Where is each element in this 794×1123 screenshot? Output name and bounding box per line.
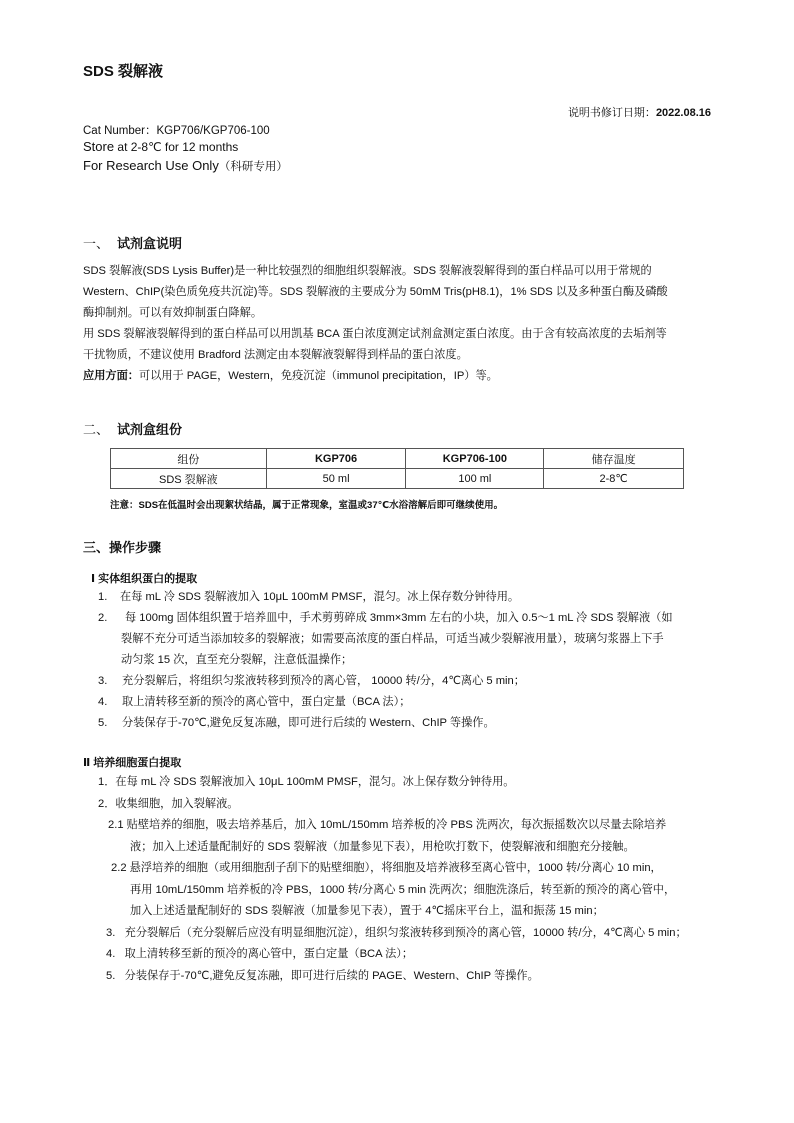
section-2-title: 试剂盒组份 [117,422,182,437]
step-item: 2.每 100mg 固体组织置于培养皿中，手术剪剪碎成 3mm×3mm 左右的小… [98,608,673,671]
section-2-number: 二、 [83,419,117,438]
application-label: 应用方面： [83,370,139,382]
table-header-cell: 组份 [111,449,267,469]
substep-item: 2.2 悬浮培养的细胞（或用细胞刮子刮下的贴壁细胞），将细胞及培养液移至离心管中… [98,858,687,923]
components-table: 组份 KGP706 KGP706-100 储存温度 SDS 裂解液 50 ml … [110,448,684,489]
store-rest: at 2-8℃ for 12 months [114,140,238,154]
paragraph-line: 用 SDS 裂解液裂解得到的蛋白样品可以用凯基 BCA 蛋白浓度测定试剂盒测定蛋… [83,324,668,345]
table-cell: 2-8℃ [544,469,684,489]
step-item: 2．收集细胞，加入裂解液。 [98,794,687,816]
paragraph-line: 干扰物质，不建议使用 Bradford 法测定由本裂解液裂解得到样品的蛋白浓度。 [83,345,668,366]
table-header-cell: KGP706 [266,449,406,469]
note-label: 注意： [110,500,139,511]
ruo-main: For Research Use Only [83,158,219,173]
table-header-row: 组份 KGP706 KGP706-100 储存温度 [111,449,684,469]
revision-date: 说明书修订日期：2022.08.16 [568,104,711,120]
section-1-heading: 一、试剂盒说明 [83,233,182,252]
step-item: 5. 分装保存于-70℃,避免反复冻融，即可进行后续的 PAGE、Western… [98,966,687,988]
table-row: SDS 裂解液 50 ml 100 ml 2-8℃ [111,469,684,489]
step-item: 4.取上清转移至新的预冷的离心管中，蛋白定量（BCA 法）； [98,692,673,713]
store-prefix: Store [83,139,114,154]
step-item: 3.充分裂解后，将组织匀浆液转移到预冷的离心管， 10000 转/分，4℃离心 … [98,671,673,692]
ruo-cn: （科研专用） [219,161,288,173]
section-3-heading: 三、操作步骤 [83,537,161,556]
step-item: 1．在每 mL 冷 SDS 裂解液加入 10μL 100mM PMSF，混匀。冰… [98,772,687,794]
research-use-only: For Research Use Only（科研专用） [83,158,288,174]
storage-info: Store at 2-8℃ for 12 months [83,139,238,154]
section-1-title: 试剂盒说明 [117,236,182,251]
revision-label: 说明书修订日期： [568,107,656,119]
step-item: 3. 充分裂解后（充分裂解后应没有明显细胞沉淀），组织匀浆液转移到预冷的离心管，… [98,923,687,945]
step-item: 4. 取上清转移至新的预冷的离心管中，蛋白定量（BCA 法）； [98,944,687,966]
storage-note: 注意：SDS在低温时会出现絮状结晶，属于正常现象，室温或37℃水浴溶解后即可继续… [110,497,503,511]
revision-date-value: 2022.08.16 [656,107,711,119]
step-item: 1.在每 mL 冷 SDS 裂解液加入 10μL 100mM PMSF，混匀。冰… [98,587,673,608]
part-2-steps: 1．在每 mL 冷 SDS 裂解液加入 10μL 100mM PMSF，混匀。冰… [98,772,687,987]
note-text: SDS在低温时会出现絮状结晶，属于正常现象，室温或37℃水浴溶解后即可继续使用。 [139,500,504,511]
part-1-title: Ⅰ 实体组织蛋白的提取 [91,570,197,586]
paragraph-line: Western、ChIP(染色质免疫共沉淀)等。SDS 裂解液的主要成分为 50… [83,282,668,303]
cat-number: Cat Number：KGP706/KGP706-100 [83,122,270,138]
step-item: 5.分装保存于-70℃,避免反复冻融，即可进行后续的 Western、ChIP … [98,713,673,734]
table-cell: SDS 裂解液 [111,469,267,489]
section-2-heading: 二、试剂盒组份 [83,419,182,438]
application-line: 应用方面：可以用于 PAGE，Western，免疫沉淀（immunol prec… [83,366,668,387]
table-cell: 100 ml [406,469,544,489]
application-text: 可以用于 PAGE，Western，免疫沉淀（immunol precipita… [139,370,498,382]
part-2-title: Ⅱ 培养细胞蛋白提取 [83,754,181,770]
paragraph-line: 酶抑制剂。可以有效抑制蛋白降解。 [83,303,668,324]
table-cell: 50 ml [266,469,406,489]
substep-item: 2.1 贴壁培养的细胞，吸去培养基后，加入 10mL/150mm 培养板的冷 P… [98,815,687,858]
table-header-cell: 储存温度 [544,449,684,469]
table-header-cell: KGP706-100 [406,449,544,469]
paragraph-line: SDS 裂解液(SDS Lysis Buffer)是一种比较强烈的细胞组织裂解液… [83,261,668,282]
section-1-number: 一、 [83,233,117,252]
document-title: SDS 裂解液 [83,60,163,81]
part-1-steps: 1.在每 mL 冷 SDS 裂解液加入 10μL 100mM PMSF，混匀。冰… [98,587,673,734]
section-1-body: SDS 裂解液(SDS Lysis Buffer)是一种比较强烈的细胞组织裂解液… [83,261,668,387]
